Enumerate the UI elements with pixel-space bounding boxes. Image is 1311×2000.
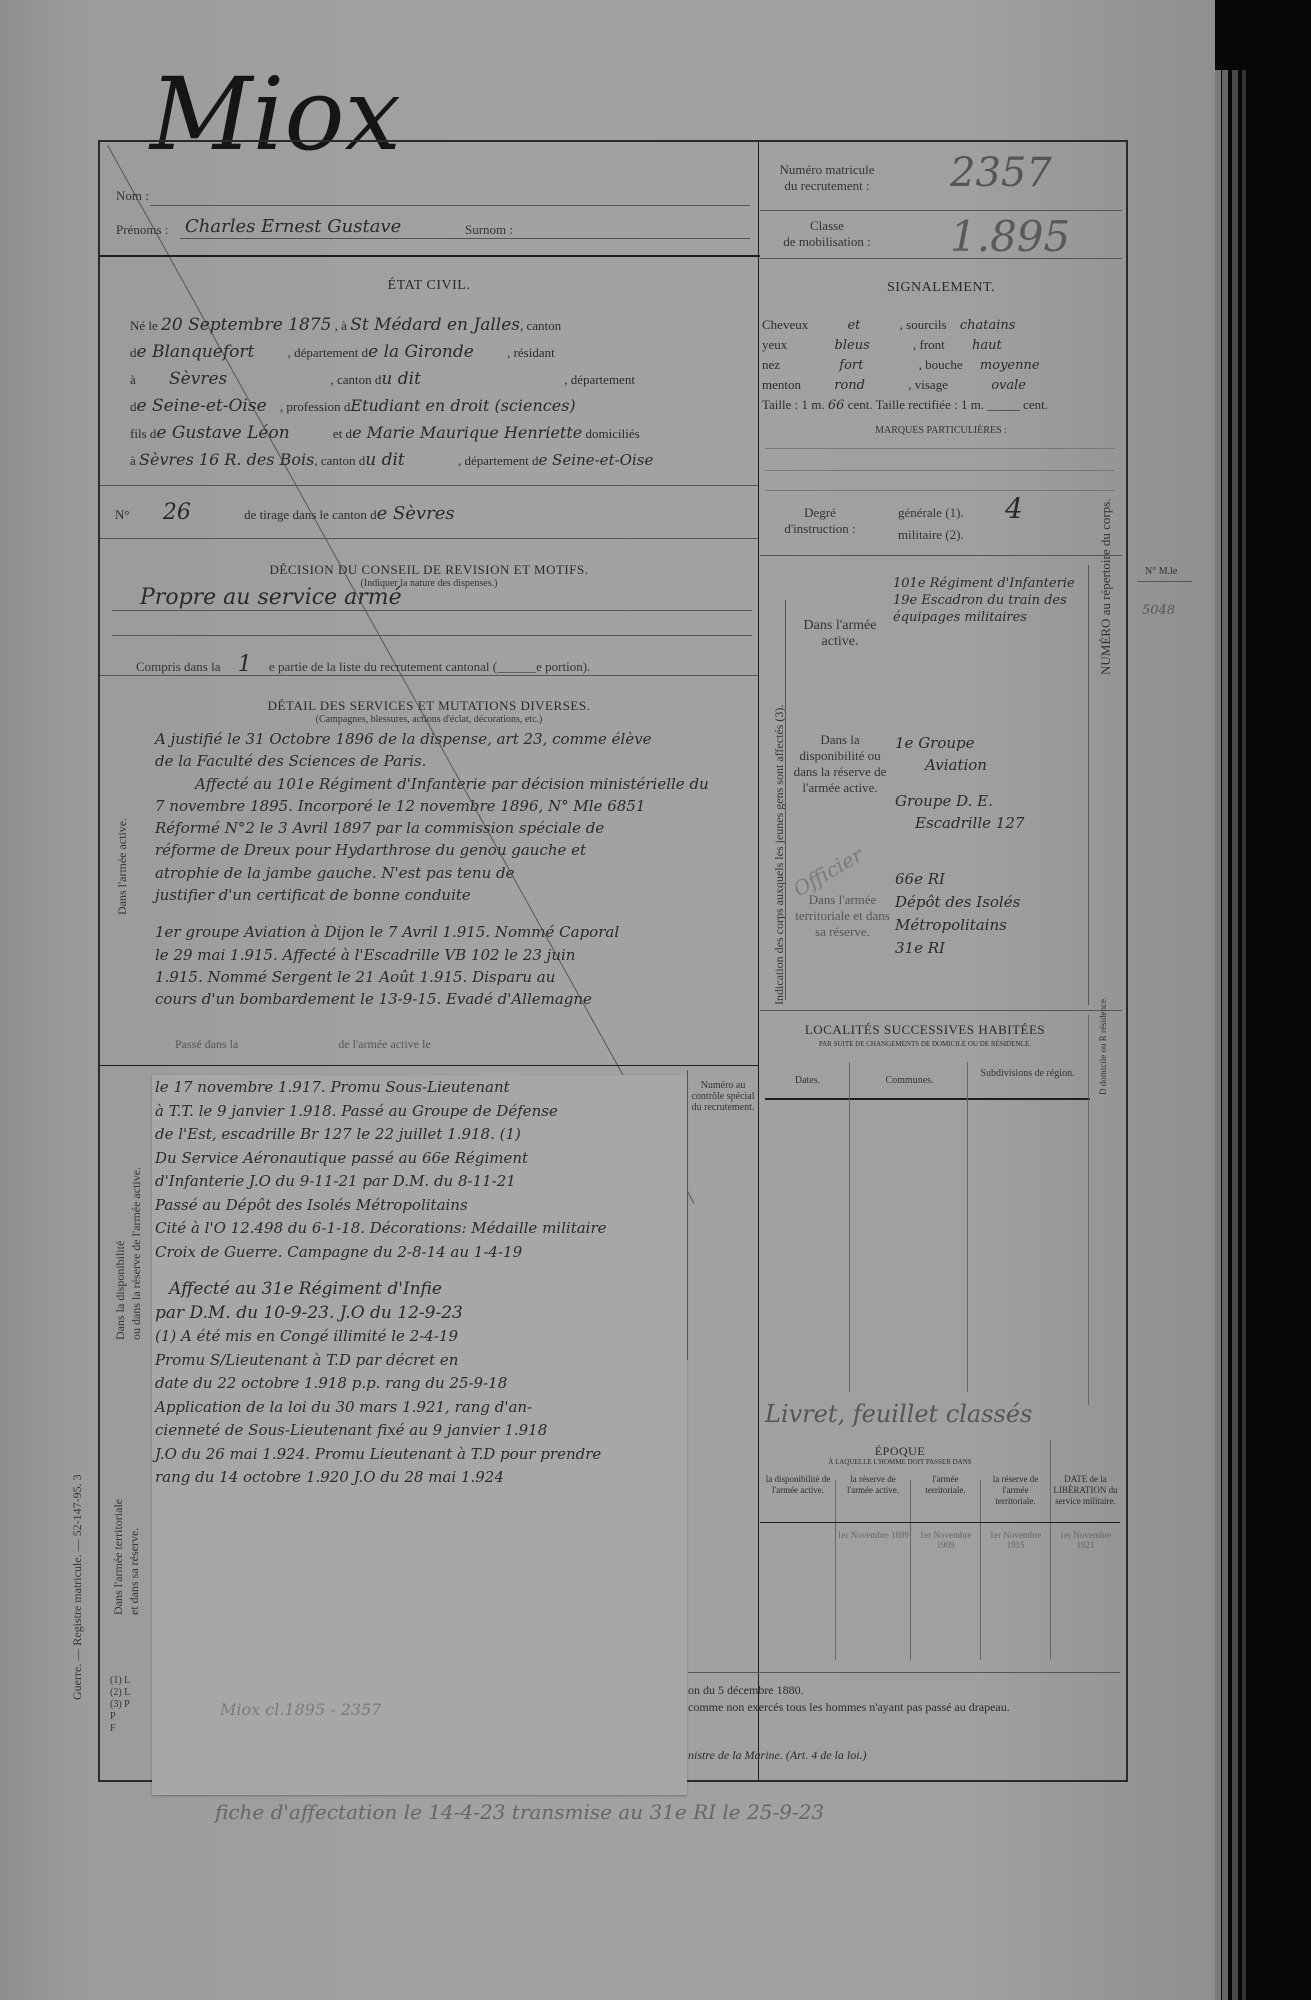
passe-dans-row: Passé dans lade l'armée active le xyxy=(175,1037,431,1052)
generale-value: 4 xyxy=(1005,492,1023,525)
side-tab-value: 5048 xyxy=(1142,603,1175,618)
footnote-line-1: on du 5 décembre 1880. xyxy=(688,1683,804,1698)
numero-matricule-label: Numéro matriculedu recrutement : xyxy=(762,162,892,194)
localites-subtitle: PAR SUITE DE CHANGEMENTS DE DOMICILE OU … xyxy=(760,1040,1090,1048)
instruction-label: Degréd'instruction : xyxy=(770,505,870,537)
signalement-title: SIGNALEMENT. xyxy=(760,280,1122,296)
pasted-note: Miox cl.1895 - 2357 xyxy=(220,1700,381,1719)
services-active-vertical: Dans l'armée active. xyxy=(115,818,130,915)
epoque-subtitle: À LAQUELLE L'HOMME DOIT PASSER DANS xyxy=(760,1458,1040,1466)
controle-label: Numéro au contrôle spécial du recrutemen… xyxy=(688,1080,758,1113)
services-title: DÉTAIL DES SERVICES ET MUTATIONS DIVERSE… xyxy=(100,698,758,714)
page-edge-3 xyxy=(1242,70,1246,2000)
corps-territoriale-values: 66e RIDépôt des IsolésMétropolitains31e … xyxy=(895,868,1020,960)
services-subtitle: (Campagnes, blessures, actions d'éclat, … xyxy=(100,714,758,725)
etat-civil-fields: Né le 20 Septembre 1875 , à St Médard en… xyxy=(130,312,750,474)
classe-label: Classede mobilisation : xyxy=(762,218,892,250)
corps-active-values: 101e Régiment d'Infanterie19e Escadron d… xyxy=(893,575,1075,626)
marques-label: MARQUES PARTICULIÈRES : xyxy=(760,425,1122,436)
nom-label: Nom : xyxy=(116,188,149,204)
etat-civil-title: ÉTAT CIVIL. xyxy=(100,278,758,294)
corps-dispo-label: Dans la disponibilité ou dans la réserve… xyxy=(790,732,890,796)
corps-territoriale-label: Dans l'armée territoriale et dans sa rés… xyxy=(795,892,890,940)
localites-title: LOCALITÉS SUCCESSIVES HABITÉES xyxy=(760,1022,1090,1038)
compris-row: Compris dans la 1 e partie de la liste d… xyxy=(136,652,590,677)
localites-col-communes: Communes. xyxy=(852,1075,967,1086)
livret-note: Livret, feuillet classés xyxy=(765,1400,1032,1428)
bottom-affectation-note: fiche d'affectation le 14-4-23 transmise… xyxy=(215,1800,824,1824)
prenoms-label: Prénoms : xyxy=(116,222,168,238)
tirage-row: N° 26 de tirage dans le canton de Sèvres xyxy=(115,500,455,525)
page-edge-2 xyxy=(1232,70,1238,2000)
militaire-label: militaire (2). xyxy=(898,527,964,543)
corps-active-label: Dans l'armée active. xyxy=(790,618,890,650)
signalement-fields: Cheveux et , sourcils chatains yeux bleu… xyxy=(762,315,1122,415)
numero-repertoire-label: NUMÉRO au répertoire du corps. xyxy=(1098,498,1114,675)
register-page: Miox Nom : Prénoms : Charles Ernest Gust… xyxy=(0,0,1215,2000)
surnom-label: Surnom : xyxy=(465,222,513,238)
prenoms-value: Charles Ernest Gustave xyxy=(185,216,401,237)
services-active-lines: A justifié le 31 Octobre 1896 de la disp… xyxy=(155,728,755,1011)
services-dispo-lines: le 17 novembre 1.917. Promu Sous-Lieuten… xyxy=(155,1076,755,1490)
numero-matricule-value: 2357 xyxy=(950,150,1052,196)
footnote-line-2: comme non exercés tous les hommes n'ayan… xyxy=(688,1700,1010,1715)
corps-dispo-values: 1e GroupeAviation Groupe D. E.Escadrille… xyxy=(895,732,1024,834)
footnote-markers: (1) L(2) L(3) PPF xyxy=(110,1675,130,1735)
generale-label: générale (1). xyxy=(898,505,964,521)
epoque-title: ÉPOQUE xyxy=(760,1444,1040,1459)
localites-col-subdivisions: Subdivisions de région. xyxy=(970,1068,1085,1079)
page-edge-1 xyxy=(1222,70,1228,2000)
decision-title: DÉCISION DU CONSEIL DE REVISION ET MOTIF… xyxy=(100,562,758,578)
printer-imprint: Guerre. — Registre matricule. — 52-147-9… xyxy=(70,1474,85,1700)
classe-value: 1.895 xyxy=(950,212,1070,261)
services-dispo-vertical: Dans la disponibilitéou dans la réserve … xyxy=(112,1167,144,1340)
decision-value: Propre au service armé xyxy=(140,585,402,610)
services-territoriale-vertical: Dans l'armée territorialeet dans sa rése… xyxy=(110,1499,142,1615)
localites-side-label: D domicile ou R résidence. xyxy=(1098,997,1108,1095)
footnote-line-3: nistre de la Marine. (Art. 4 de la loi.) xyxy=(688,1748,867,1763)
side-tab-label: N° M.le xyxy=(1145,566,1177,577)
localites-col-dates: Dates. xyxy=(765,1075,850,1086)
